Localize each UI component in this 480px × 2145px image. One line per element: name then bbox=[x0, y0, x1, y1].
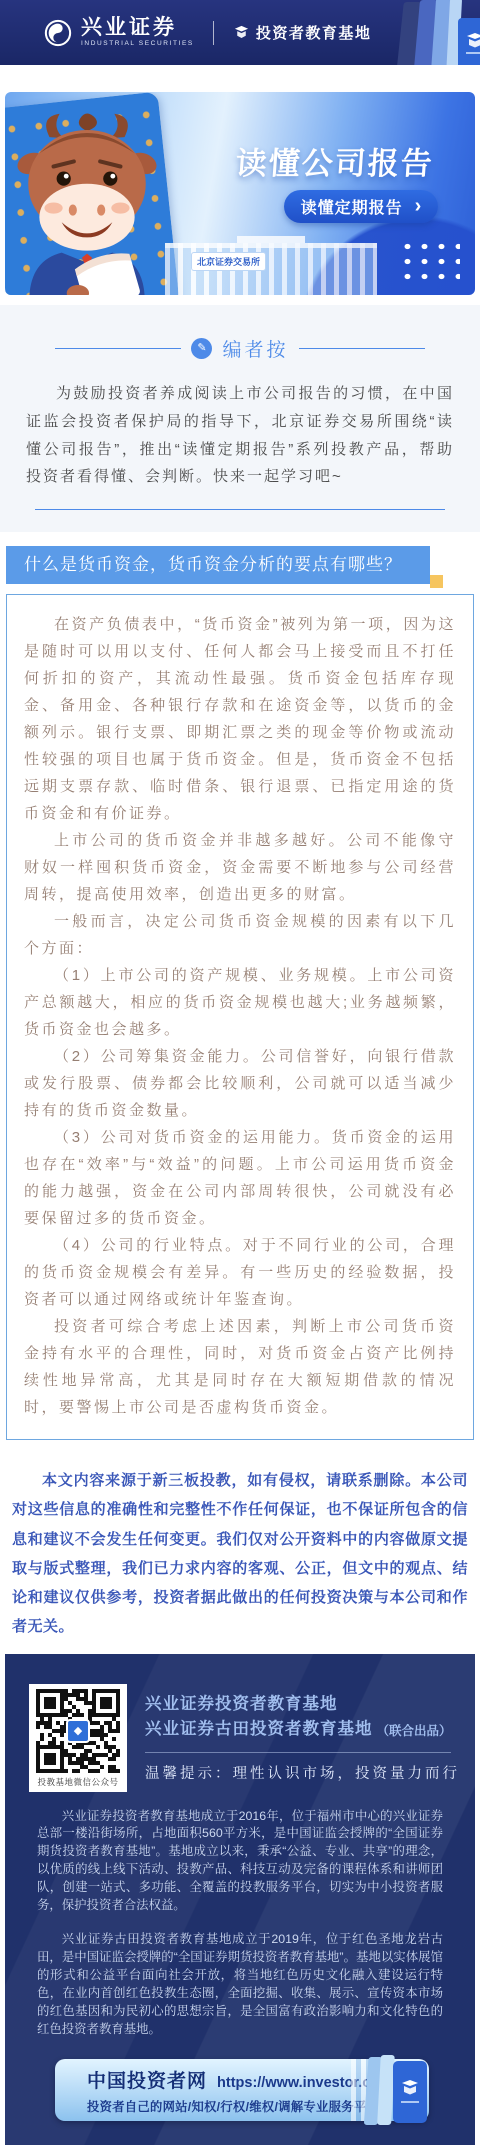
industrial-securities-logo-icon bbox=[44, 19, 72, 47]
base-names: 兴业证券投资者教育基地 兴业证券古田投资者教育基地 （联合出品） bbox=[145, 1692, 451, 1743]
editor-note-section: ✎ 编者按 为鼓励投资者养成阅读上市公司报告的习惯，在中国证监会投资者保护局的指… bbox=[0, 305, 480, 532]
brand-name: 兴业证券 bbox=[81, 17, 194, 38]
investor-site-name: 中国投资者网 bbox=[87, 2066, 207, 2093]
warm-tip: 温馨提示：理性认识市场，投资量力而行 bbox=[145, 1762, 451, 1783]
footer: ◆ 投教基地微信公众号 兴业证券投资者教育基地 兴业证券古田投资者教育基地 （联… bbox=[5, 1654, 475, 2145]
qr-caption: 投教基地微信公众号 bbox=[34, 1773, 122, 1790]
qr-code: ◆ bbox=[36, 1689, 120, 1773]
decorative-line-right bbox=[299, 348, 425, 349]
article-page: 兴业证券 INDUSTRIAL SECURITIES 投资者教育基地 bbox=[0, 0, 480, 2145]
banner-title: 读懂公司报告 bbox=[199, 138, 470, 183]
yellow-accent-square bbox=[430, 575, 443, 588]
body-paragraph: （4）公司的行业特点。对于不同行业的公司，合理的货币资金规模会有差异。有一些历史… bbox=[24, 1232, 456, 1313]
investor-site-card[interactable]: 中国投资者网 https://www.investor.org.cn 投资者自己… bbox=[55, 2059, 429, 2121]
section-title: 什么是货币资金，货币资金分析的要点有哪些？ bbox=[6, 546, 430, 584]
editor-note-underline bbox=[35, 509, 445, 510]
books-graphic bbox=[386, 0, 480, 65]
article-body: 在资产负债表中，“货币资金”被列为第一项，因为这是随时可以用以支付、任何人都会马… bbox=[6, 594, 474, 1440]
book-cube-icon bbox=[363, 2051, 435, 2131]
editor-note-title: 编者按 bbox=[222, 335, 288, 362]
body-paragraph: 上市公司的货币资金并非越多越好。公司不能像守财奴一样囤积货币资金，资金需要不断地… bbox=[24, 827, 456, 908]
body-paragraph: （1）上市公司的资产规模、业务规模。上市公司资产总额越大，相应的货币资金规模也越… bbox=[24, 962, 456, 1043]
disclaimer-text: 本文内容来源于新三板投教，如有侵权，请联系删除。本公司对这些信息的准确性和完整性… bbox=[12, 1466, 468, 1642]
pencil-icon: ✎ bbox=[191, 338, 212, 359]
decorative-line-left bbox=[55, 348, 181, 349]
chevron-right-icon: › bbox=[415, 196, 422, 216]
footer-heading-block: 兴业证券投资者教育基地 兴业证券古田投资者教育基地 （联合出品） 温馨提示：理性… bbox=[145, 1684, 451, 1783]
footer-top: ◆ 投教基地微信公众号 兴业证券投资者教育基地 兴业证券古田投资者教育基地 （联… bbox=[29, 1684, 451, 1792]
graduation-cube-icon bbox=[233, 24, 250, 41]
body-paragraph: 一般而言，决定公司货币资金规模的因素有以下几个方面： bbox=[24, 908, 456, 962]
tip-divider-line bbox=[145, 1752, 451, 1753]
brand-text: 兴业证券 INDUSTRIAL SECURITIES bbox=[81, 17, 194, 48]
editor-note-body: 为鼓励投资者养成阅读上市公司报告的习惯，在中国证监会投资者保护局的指导下，北京证… bbox=[26, 380, 454, 491]
about-base-2: 兴业证券古田投资者教育基地成立于2019年，位于红色圣地龙岩古田，是中国证监会授… bbox=[37, 1931, 443, 2039]
edu-base-brand: 投资者教育基地 bbox=[233, 22, 372, 43]
qr-center-logo-icon: ◆ bbox=[66, 1719, 90, 1743]
body-paragraph: 投资者可综合考虑上述因素，判断上市公司货币资金持有水平的合理性，同时，对货币资金… bbox=[24, 1313, 456, 1421]
periodic-report-button[interactable]: 读懂定期报告 › bbox=[284, 190, 438, 223]
periodic-report-button-label: 读懂定期报告 bbox=[301, 195, 403, 218]
body-paragraph: （3）公司对货币资金的运用能力。货币资金的运用也存在“效率”与“效益”的问题。上… bbox=[24, 1124, 456, 1232]
header-bar: 兴业证券 INDUSTRIAL SECURITIES 投资者教育基地 bbox=[0, 0, 480, 65]
header-divider bbox=[213, 21, 214, 45]
body-paragraph: 在资产负债表中，“货币资金”被列为第一项，因为这是随时可以用以支付、任何人都会马… bbox=[24, 611, 456, 827]
body-paragraph: （2）公司筹集资金能力。公司信誉好，向银行借款或发行股票、债券都会比较顺利，公司… bbox=[24, 1043, 456, 1124]
edu-base-label: 投资者教育基地 bbox=[256, 22, 372, 43]
editor-note-header: ✎ 编者按 bbox=[0, 335, 480, 362]
base-name-1: 兴业证券投资者教育基地 bbox=[145, 1692, 373, 1718]
base-name-2: 兴业证券古田投资者教育基地 bbox=[145, 1717, 373, 1743]
section-title-block: 什么是货币资金，货币资金分析的要点有哪些？ bbox=[6, 546, 430, 584]
brand-block: 兴业证券 INDUSTRIAL SECURITIES 投资者教育基地 bbox=[44, 17, 371, 48]
building-label: 北京证券交易所 bbox=[191, 252, 266, 271]
qr-code-box: ◆ 投教基地微信公众号 bbox=[29, 1684, 127, 1792]
dots-decoration bbox=[396, 236, 460, 282]
hero-banner: 读懂公司报告 读懂定期报告 › 北京证券交易所 bbox=[5, 92, 475, 295]
brand-name-en: INDUSTRIAL SECURITIES bbox=[81, 41, 194, 48]
bull-mascot bbox=[11, 107, 163, 295]
about-base-1: 兴业证券投资者教育基地成立于2016年，位于福州市中心的兴业证券总部一楼沿街场所… bbox=[37, 1808, 443, 1916]
joint-production-label: （联合出品） bbox=[377, 1721, 452, 1743]
